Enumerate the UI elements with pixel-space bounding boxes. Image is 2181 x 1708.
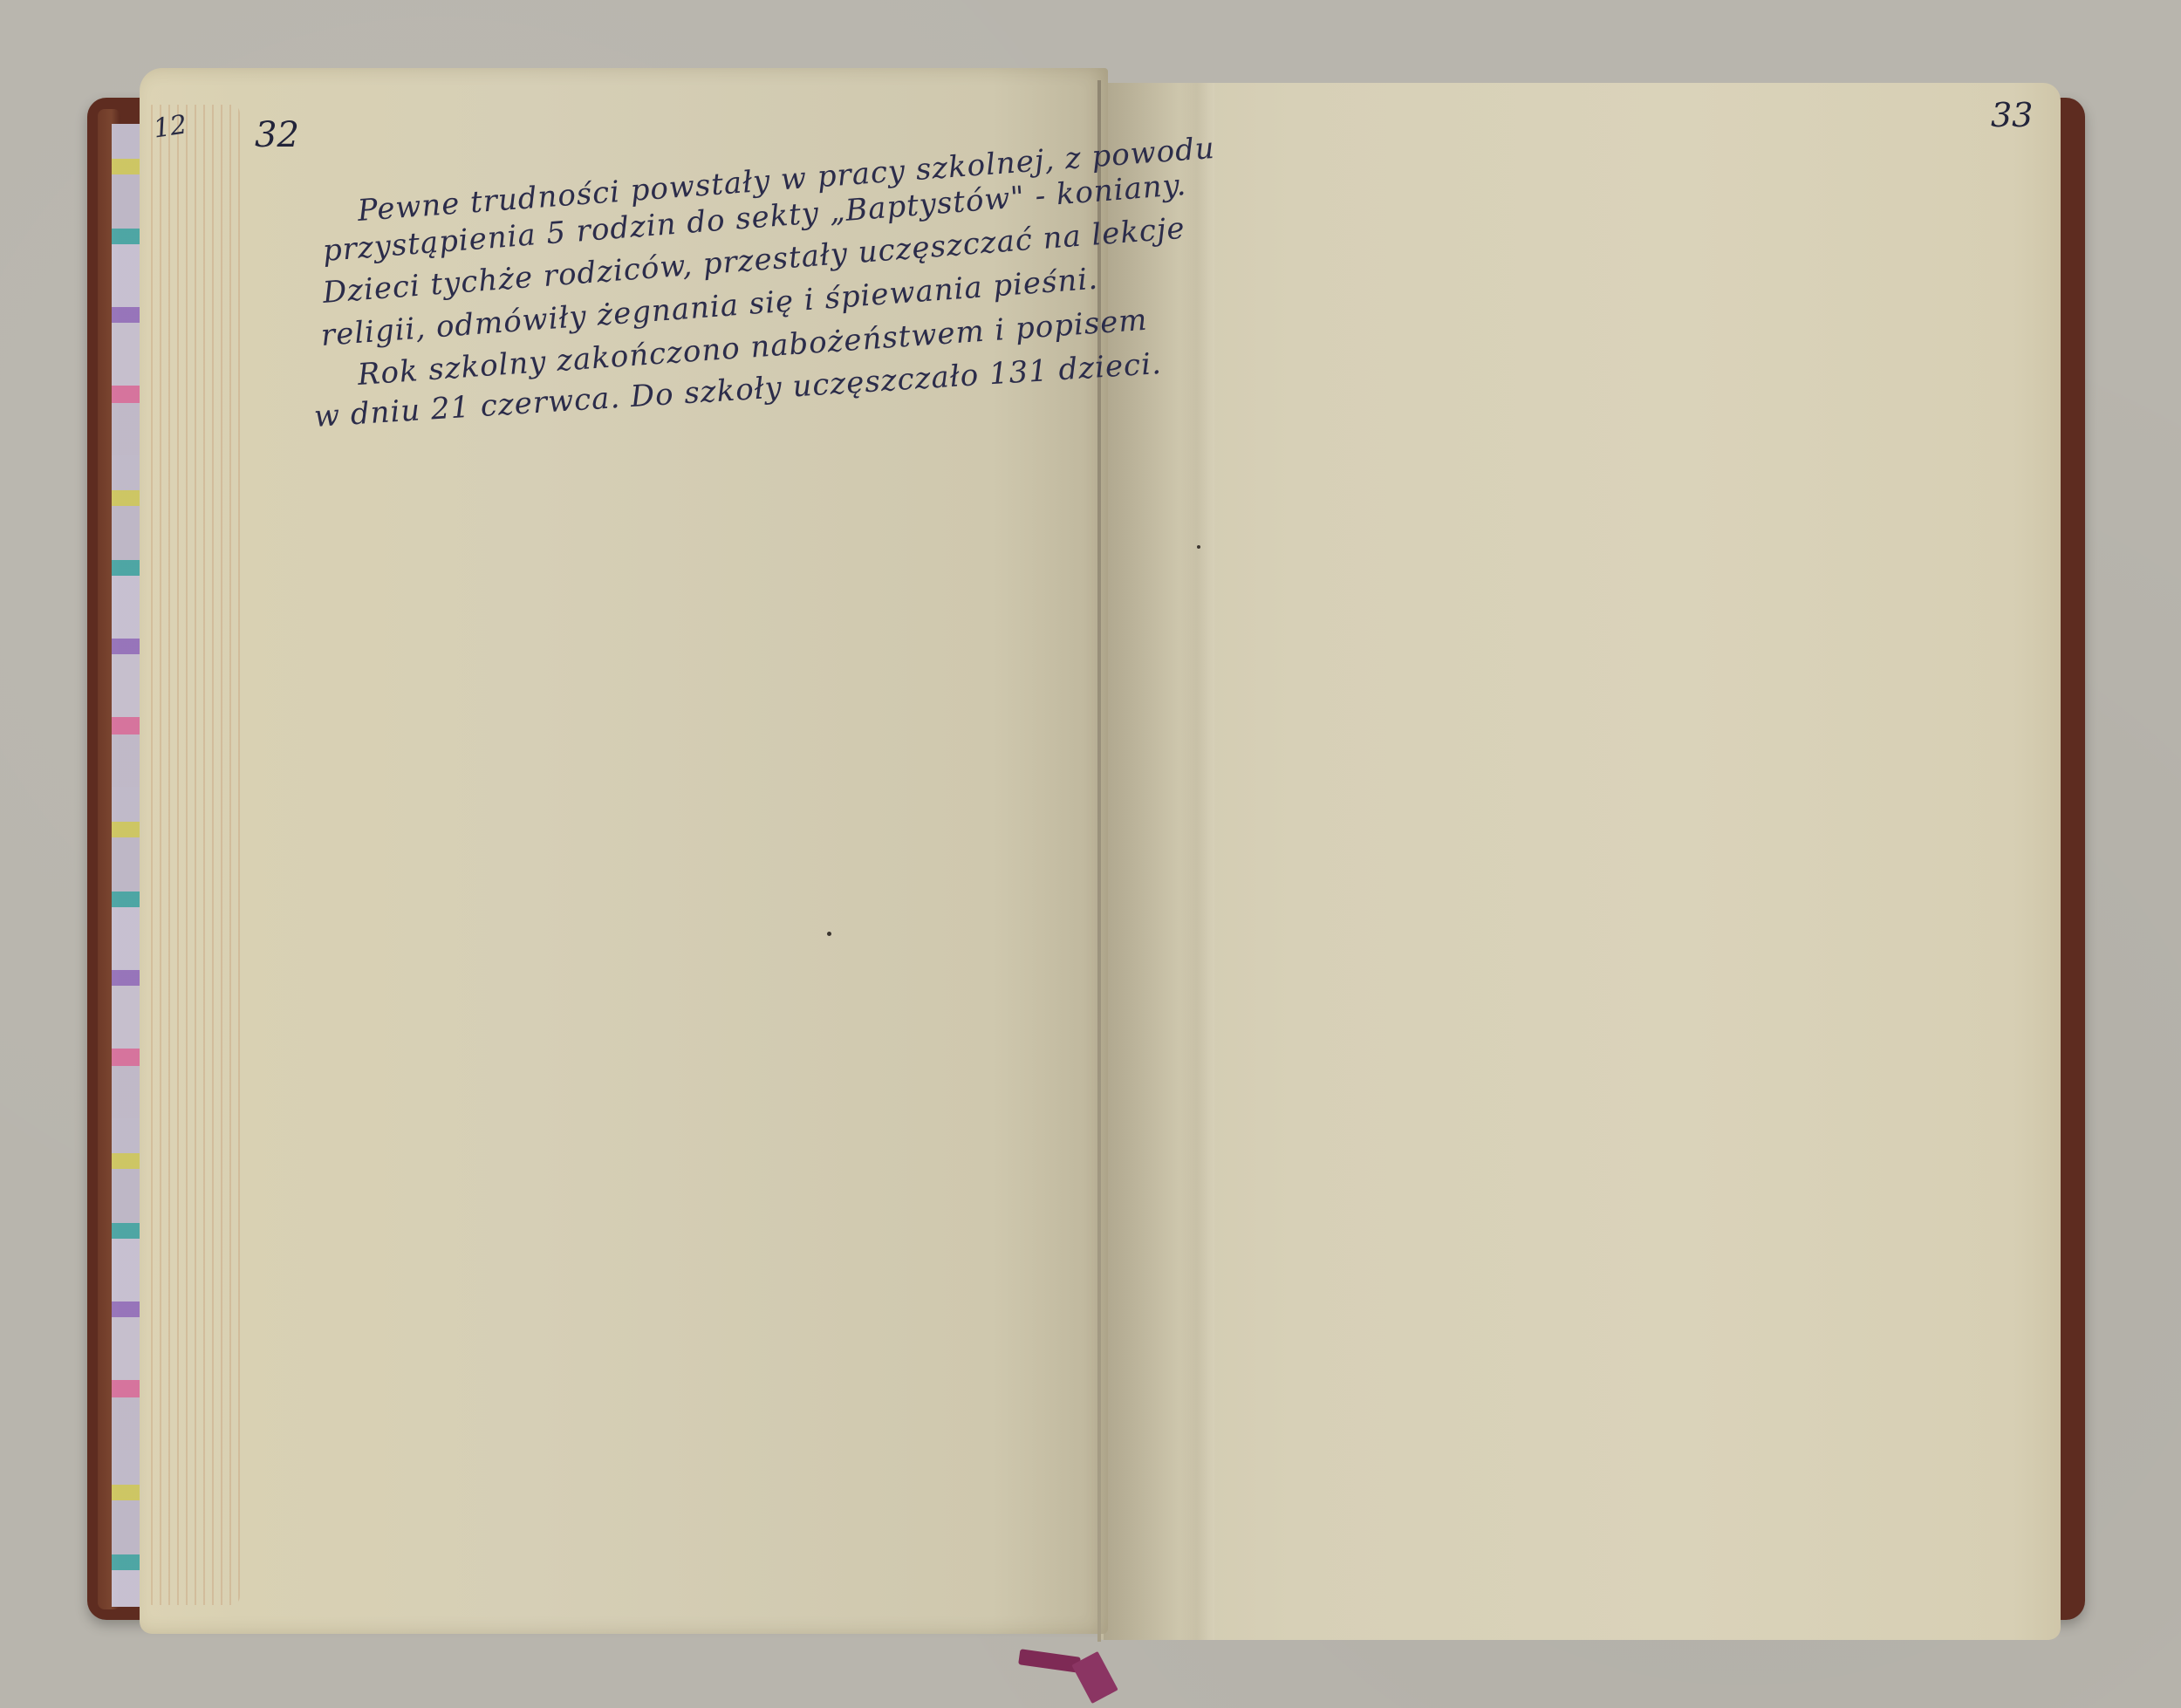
right-page-fold	[1179, 83, 1214, 1640]
paper-speck	[1197, 545, 1200, 549]
paper-speck	[827, 932, 831, 936]
left-page-number: 32	[255, 115, 299, 155]
right-page-number: 33	[1991, 96, 2033, 134]
left-page-leaf-edges	[144, 105, 240, 1605]
right-page	[1101, 83, 2061, 1640]
floral-endpaper-left	[112, 124, 140, 1607]
folio-number: 12	[152, 110, 189, 145]
